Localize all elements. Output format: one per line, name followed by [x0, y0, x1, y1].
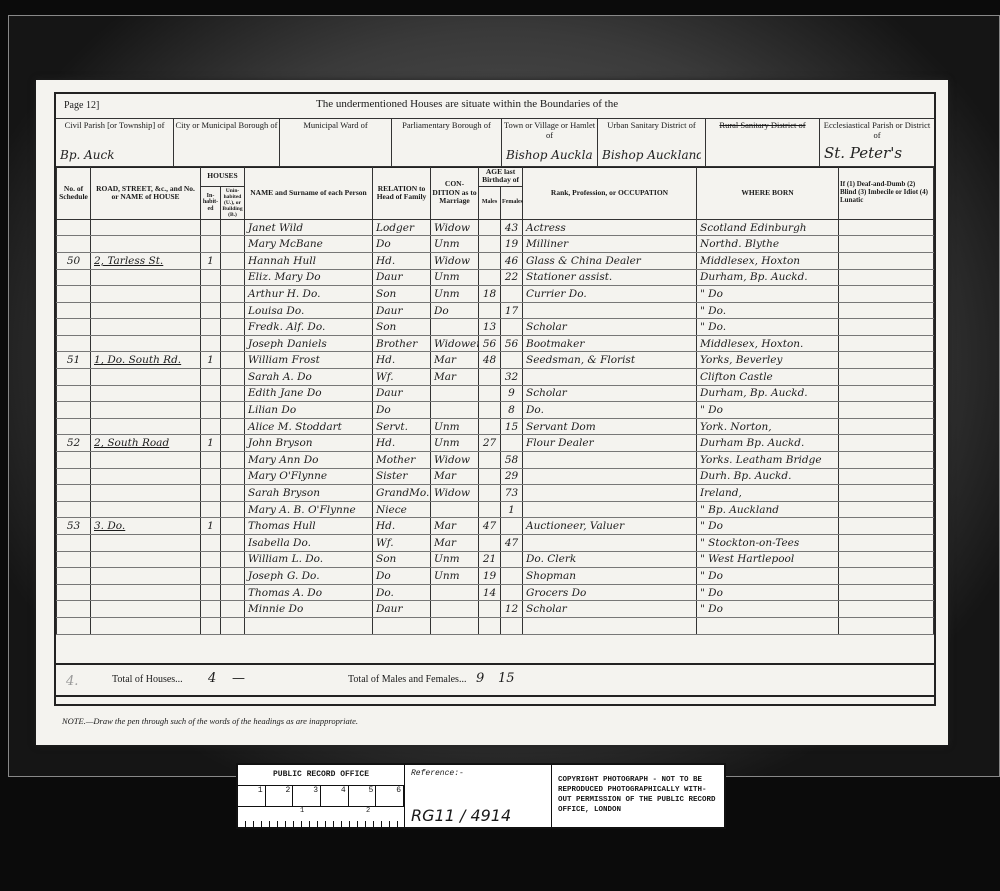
table-row: 522, South Road1John BrysonHd.Unm27Flour… — [57, 435, 934, 452]
cell-condition: Unm — [431, 435, 479, 452]
cell-inhabited — [201, 485, 221, 502]
cell-born: " Stockton-on-Tees — [697, 535, 839, 552]
cell-femaleage: 58 — [501, 452, 523, 469]
cell-maleage — [479, 418, 501, 435]
cell-born: " West Hartlepool — [697, 551, 839, 568]
district-rural-sanitary: Rural Sanitary District of — [706, 118, 820, 166]
total-houses-label: Total of Houses... — [112, 674, 183, 685]
cell-born: Middlesex, Hoxton. — [697, 335, 839, 352]
cell-inhabited — [201, 385, 221, 402]
col-uninhabited: Unin-habited (U.), or Building (B.) — [221, 186, 245, 219]
cell-occupation — [523, 485, 697, 502]
cell-relation: Hd. — [373, 435, 431, 452]
cell-femaleage: 46 — [501, 252, 523, 269]
cell-maleage — [479, 617, 501, 634]
cell-femaleage — [501, 435, 523, 452]
cell-relation: Do. — [373, 584, 431, 601]
cell-femaleage — [501, 584, 523, 601]
cell-address — [91, 269, 201, 286]
cell-femaleage: 56 — [501, 335, 523, 352]
cell-relation: Daur — [373, 385, 431, 402]
cell-u — [221, 452, 245, 469]
footnote: NOTE.—Draw the pen through such of the w… — [62, 716, 358, 726]
district-city: City or Municipal Borough of — [174, 118, 280, 166]
cell-i — [839, 402, 934, 419]
cell-i — [839, 551, 934, 568]
cell-relation: Do — [373, 402, 431, 419]
cell-relation: Wf. — [373, 535, 431, 552]
cell-i — [839, 252, 934, 269]
cell-occupation: Scholar — [523, 385, 697, 402]
cell-name: Arthur H. Do. — [245, 286, 373, 303]
cell-u — [221, 468, 245, 485]
cell-u — [221, 617, 245, 634]
cell-condition: Unm — [431, 568, 479, 585]
cell-relation: Daur — [373, 601, 431, 618]
table-row: Joseph G. Do.DoUnm19Shopman" Do — [57, 568, 934, 585]
cell-name: Louisa Do. — [245, 302, 373, 319]
cell-condition: Unm — [431, 269, 479, 286]
cell-inhabited — [201, 236, 221, 253]
col-infirmity: If (1) Deaf-and-Dumb (2) Blind (3) Imbec… — [839, 167, 934, 220]
table-row: Joseph DanielsBrotherWidower5656Bootmake… — [57, 335, 934, 352]
cell-i — [839, 302, 934, 319]
cell-condition: Unm — [431, 551, 479, 568]
cell-relation: Daur — [373, 302, 431, 319]
cell-femaleage — [501, 319, 523, 336]
cell-address — [91, 402, 201, 419]
cell-schedule — [57, 601, 91, 618]
cell-born: " Bp. Auckland — [697, 501, 839, 518]
table-row: Mary O'FlynneSisterMar29Durh. Bp. Auckd. — [57, 468, 934, 485]
cell-condition: Widow — [431, 219, 479, 236]
table-row: 533. Do.1Thomas HullHd.Mar47Auctioneer, … — [57, 518, 934, 535]
cell-maleage — [479, 269, 501, 286]
cell-address — [91, 501, 201, 518]
cell-born: Northd. Blythe — [697, 236, 839, 253]
cell-maleage: 48 — [479, 352, 501, 369]
cell-u — [221, 402, 245, 419]
table-row: Fredk. Alf. Do.Son13Scholar" Do. — [57, 319, 934, 336]
record-office-title: PUBLIC RECORD OFFICE — [238, 765, 404, 786]
cell-femaleage: 19 — [501, 236, 523, 253]
cell-occupation — [523, 468, 697, 485]
cell-name: Thomas Hull — [245, 518, 373, 535]
cell-femaleage: 17 — [501, 302, 523, 319]
cell-inhabited — [201, 601, 221, 618]
cell-i — [839, 236, 934, 253]
cell-schedule — [57, 236, 91, 253]
cell-i — [839, 269, 934, 286]
cell-condition — [431, 601, 479, 618]
cell-name: Mary O'Flynne — [245, 468, 373, 485]
cell-name: Alice M. Stoddart — [245, 418, 373, 435]
cell-born: " Do — [697, 584, 839, 601]
cell-inhabited: 1 — [201, 518, 221, 535]
cell-maleage — [479, 219, 501, 236]
col-born: WHERE BORN — [697, 167, 839, 220]
cell-u — [221, 352, 245, 369]
table-row: William L. Do.SonUnm21Do. Clerk" West Ha… — [57, 551, 934, 568]
cell-femaleage: 29 — [501, 468, 523, 485]
cell-born: " Do — [697, 568, 839, 585]
cell-inhabited — [201, 551, 221, 568]
cell-u — [221, 385, 245, 402]
cell-occupation — [523, 535, 697, 552]
cell-born: " Do — [697, 601, 839, 618]
cell-i — [839, 501, 934, 518]
cell-inhabited — [201, 468, 221, 485]
cell-u — [221, 319, 245, 336]
cell-born: Middlesex, Hoxton — [697, 252, 839, 269]
cell-u — [221, 535, 245, 552]
total-males: 9 — [476, 671, 484, 686]
cell-condition — [431, 617, 479, 634]
reference-label: Reference:- — [411, 769, 464, 778]
cell-address: 3. Do. — [91, 518, 201, 535]
cell-schedule — [57, 584, 91, 601]
col-age: AGE last Birthday of — [479, 167, 523, 187]
cell-schedule — [57, 452, 91, 469]
cell-maleage — [479, 452, 501, 469]
page-number: Page 12] — [64, 100, 99, 111]
cell-maleage — [479, 369, 501, 386]
cell-femaleage: 47 — [501, 535, 523, 552]
cell-inhabited — [201, 402, 221, 419]
cell-i — [839, 584, 934, 601]
cell-relation: GrandMo. — [373, 485, 431, 502]
table-row: Louisa Do.DaurDo17" Do. — [57, 302, 934, 319]
cell-condition: Mar — [431, 535, 479, 552]
cell-name: Isabella Do. — [245, 535, 373, 552]
cell-inhabited — [201, 286, 221, 303]
copyright-notice: COPYRIGHT PHOTOGRAPH - NOT TO BE REPRODU… — [552, 765, 724, 827]
table-row: Isabella Do.Wf.Mar47" Stockton-on-Tees — [57, 535, 934, 552]
cell-address — [91, 535, 201, 552]
cell-maleage: 18 — [479, 286, 501, 303]
scale-bar: 123 456 — [238, 786, 404, 807]
cell-femaleage — [501, 518, 523, 535]
cell-i — [839, 452, 934, 469]
cell-inhabited — [201, 584, 221, 601]
census-table: No. of Schedule ROAD, STREET, &c., and N… — [56, 166, 934, 635]
cell-condition — [431, 385, 479, 402]
cell-born: Durh. Bp. Auckd. — [697, 468, 839, 485]
cell-relation: Do — [373, 236, 431, 253]
cell-schedule — [57, 485, 91, 502]
cell-name: Eliz. Mary Do — [245, 269, 373, 286]
cell-schedule — [57, 617, 91, 634]
cell-u — [221, 418, 245, 435]
cell-u — [221, 286, 245, 303]
cell-schedule — [57, 535, 91, 552]
cell-i — [839, 319, 934, 336]
cell-relation: Son — [373, 551, 431, 568]
cell-maleage: 14 — [479, 584, 501, 601]
cell-born: Yorks, Beverley — [697, 352, 839, 369]
cell-address — [91, 485, 201, 502]
cell-address: 2, South Road — [91, 435, 201, 452]
cell-schedule — [57, 335, 91, 352]
district-ward: Municipal Ward of — [280, 118, 392, 166]
table-row: Janet WildLodgerWidow43ActressScotland E… — [57, 219, 934, 236]
cell-address: 2, Tarless St. — [91, 252, 201, 269]
table-row: Mary Ann DoMotherWidow58Yorks. Leatham B… — [57, 452, 934, 469]
cell-condition: Mar — [431, 518, 479, 535]
cell-condition: Do — [431, 302, 479, 319]
cell-condition — [431, 402, 479, 419]
cell-inhabited — [201, 269, 221, 286]
col-name: NAME and Surname of each Person — [245, 167, 373, 220]
cell-u — [221, 435, 245, 452]
cell-address — [91, 385, 201, 402]
cell-u — [221, 551, 245, 568]
cell-maleage: 56 — [479, 335, 501, 352]
table-row: 511, Do. South Rd.1William FrostHd.Mar48… — [57, 352, 934, 369]
cell-relation: Servt. — [373, 418, 431, 435]
district-civil-parish: Civil Parish [or Township] ofBp. Auck — [56, 118, 174, 166]
table-row: Arthur H. Do.SonUnm18Currier Do." Do — [57, 286, 934, 303]
cell-maleage — [479, 402, 501, 419]
cell-condition: Unm — [431, 286, 479, 303]
cell-occupation: Shopman — [523, 568, 697, 585]
record-office-label: PUBLIC RECORD OFFICE 123 456 1 2 Referen… — [236, 763, 726, 829]
cell-name: John Bryson — [245, 435, 373, 452]
cell-maleage: 21 — [479, 551, 501, 568]
cell-femaleage: 32 — [501, 369, 523, 386]
cell-name: Janet Wild — [245, 219, 373, 236]
cell-relation: Son — [373, 319, 431, 336]
cell-schedule — [57, 402, 91, 419]
cell-relation: Son — [373, 286, 431, 303]
cell-condition: Widow — [431, 252, 479, 269]
total-houses-uninhabited: — — [232, 671, 245, 686]
total-persons-label: Total of Males and Females... — [348, 674, 466, 685]
cell-born: Durham, Bp. Auckd. — [697, 385, 839, 402]
cell-maleage: 13 — [479, 319, 501, 336]
boundary-title: The undermentioned Houses are situate wi… — [316, 98, 618, 110]
cell-born: Durham Bp. Auckd. — [697, 435, 839, 452]
cell-schedule — [57, 269, 91, 286]
cell-address — [91, 601, 201, 618]
cell-maleage — [479, 485, 501, 502]
table-row: Lilian DoDo8Do." Do — [57, 402, 934, 419]
cell-i — [839, 435, 934, 452]
cell-name: Mary McBane — [245, 236, 373, 253]
cell-i — [839, 352, 934, 369]
ruler: 1 2 — [238, 807, 404, 827]
col-condition: CON-DITION as to Marriage — [431, 167, 479, 220]
cell-occupation: Actress — [523, 219, 697, 236]
cell-relation: Daur — [373, 269, 431, 286]
cell-relation — [373, 617, 431, 634]
cell-schedule: 52 — [57, 435, 91, 452]
cell-born: " Do. — [697, 319, 839, 336]
cell-inhabited — [201, 369, 221, 386]
reference-number: RG11 / 4914 — [411, 806, 511, 825]
cell-inhabited — [201, 302, 221, 319]
cell-u — [221, 236, 245, 253]
cell-schedule — [57, 319, 91, 336]
cell-relation: Lodger — [373, 219, 431, 236]
cell-i — [839, 568, 934, 585]
total-houses-inhabited: 4 — [208, 671, 216, 686]
cell-born: Clifton Castle — [697, 369, 839, 386]
cell-address — [91, 551, 201, 568]
cell-name: Fredk. Alf. Do. — [245, 319, 373, 336]
cell-address — [91, 335, 201, 352]
district-urban-sanitary: Urban Sanitary District ofBishop Aucklan… — [598, 118, 706, 166]
district-parliamentary: Parliamentary Borough of — [392, 118, 502, 166]
cell-occupation: Glass & China Dealer — [523, 252, 697, 269]
cell-condition — [431, 584, 479, 601]
cell-occupation: Scholar — [523, 319, 697, 336]
cell-femaleage: 12 — [501, 601, 523, 618]
cell-u — [221, 485, 245, 502]
cell-born — [697, 617, 839, 634]
cell-femaleage: 22 — [501, 269, 523, 286]
table-row: Edith Jane DoDaur9ScholarDurham, Bp. Auc… — [57, 385, 934, 402]
cell-name: Mary Ann Do — [245, 452, 373, 469]
table-row: 502, Tarless St.1Hannah HullHd.Widow46Gl… — [57, 252, 934, 269]
cell-i — [839, 369, 934, 386]
cell-inhabited — [201, 319, 221, 336]
cell-name: Lilian Do — [245, 402, 373, 419]
cell-address — [91, 319, 201, 336]
cell-condition — [431, 501, 479, 518]
cell-born: " Do. — [697, 302, 839, 319]
cell-name: Sarah Bryson — [245, 485, 373, 502]
table-row: Sarah BrysonGrandMo.Widow73Ireland, — [57, 485, 934, 502]
cell-occupation: Servant Dom — [523, 418, 697, 435]
cell-inhabited — [201, 568, 221, 585]
cell-maleage: 19 — [479, 568, 501, 585]
cell-occupation: Auctioneer, Valuer — [523, 518, 697, 535]
cell-femaleage — [501, 617, 523, 634]
cell-occupation — [523, 369, 697, 386]
cell-name: Thomas A. Do — [245, 584, 373, 601]
table-row: Sarah A. DoWf.Mar32Clifton Castle — [57, 369, 934, 386]
cell-born: Scotland Edinburgh — [697, 219, 839, 236]
cell-u — [221, 335, 245, 352]
cell-inhabited: 1 — [201, 352, 221, 369]
cell-inhabited — [201, 335, 221, 352]
cell-femaleage — [501, 568, 523, 585]
cell-born: " Do — [697, 286, 839, 303]
cell-condition: Mar — [431, 468, 479, 485]
cell-address — [91, 418, 201, 435]
cell-femaleage — [501, 551, 523, 568]
cell-inhabited — [201, 501, 221, 518]
cell-born: Yorks. Leatham Bridge — [697, 452, 839, 469]
cell-u — [221, 518, 245, 535]
cell-occupation — [523, 617, 697, 634]
cell-born: " Do — [697, 402, 839, 419]
cell-condition: Unm — [431, 418, 479, 435]
cell-femaleage: 8 — [501, 402, 523, 419]
cell-schedule — [57, 369, 91, 386]
cell-occupation: Seedsman, & Florist — [523, 352, 697, 369]
district-town: Town or Village or Hamlet ofBishop Auckl… — [502, 118, 598, 166]
cell-name: William Frost — [245, 352, 373, 369]
cell-i — [839, 485, 934, 502]
cell-occupation: Bootmaker — [523, 335, 697, 352]
cell-condition: Widow — [431, 485, 479, 502]
table-row: Minnie DoDaur12Scholar" Do — [57, 601, 934, 618]
cell-condition: Widow — [431, 452, 479, 469]
table-row: Thomas A. DoDo.14Grocers Do" Do — [57, 584, 934, 601]
cell-occupation: Grocers Do — [523, 584, 697, 601]
cell-u — [221, 501, 245, 518]
cell-i — [839, 535, 934, 552]
cell-name: Edith Jane Do — [245, 385, 373, 402]
table-row: Mary A. B. O'FlynneNiece1" Bp. Auckland — [57, 501, 934, 518]
census-sheet: Page 12] The undermentioned Houses are s… — [36, 80, 948, 745]
col-occupation: Rank, Profession, or OCCUPATION — [523, 167, 697, 220]
cell-femaleage: 43 — [501, 219, 523, 236]
cell-femaleage: 1 — [501, 501, 523, 518]
cell-address — [91, 286, 201, 303]
col-houses: HOUSES — [201, 167, 245, 187]
cell-i — [839, 286, 934, 303]
cell-inhabited — [201, 617, 221, 634]
cell-i — [839, 468, 934, 485]
cell-occupation: Scholar — [523, 601, 697, 618]
cell-maleage — [479, 468, 501, 485]
cell-condition: Unm — [431, 236, 479, 253]
cell-name: William L. Do. — [245, 551, 373, 568]
totals-row: 4. Total of Houses... 4 — Total of Males… — [56, 663, 934, 697]
cell-address — [91, 568, 201, 585]
cell-femaleage: 9 — [501, 385, 523, 402]
cell-relation: Wf. — [373, 369, 431, 386]
cell-name: Hannah Hull — [245, 252, 373, 269]
cell-address — [91, 584, 201, 601]
cell-schedule: 53 — [57, 518, 91, 535]
cell-maleage — [479, 601, 501, 618]
cell-u — [221, 601, 245, 618]
census-frame: Page 12] The undermentioned Houses are s… — [54, 92, 936, 706]
cell-inhabited: 1 — [201, 435, 221, 452]
table-row: Alice M. StoddartServt.Unm15Servant DomY… — [57, 418, 934, 435]
cell-u — [221, 568, 245, 585]
cell-u — [221, 302, 245, 319]
cell-name: Sarah A. Do — [245, 369, 373, 386]
cell-born: York. Norton, — [697, 418, 839, 435]
cell-condition: Widower — [431, 335, 479, 352]
cell-maleage — [479, 252, 501, 269]
cell-femaleage — [501, 352, 523, 369]
cell-schedule — [57, 568, 91, 585]
cell-name: Joseph G. Do. — [245, 568, 373, 585]
district-row: Civil Parish [or Township] ofBp. Auck Ci… — [56, 118, 934, 168]
cell-inhabited — [201, 452, 221, 469]
cell-relation: Hd. — [373, 518, 431, 535]
col-males: Males — [479, 186, 501, 219]
cell-u — [221, 252, 245, 269]
cell-inhabited — [201, 219, 221, 236]
cell-i — [839, 385, 934, 402]
cell-schedule — [57, 385, 91, 402]
cell-u — [221, 584, 245, 601]
cell-u — [221, 269, 245, 286]
col-schedule: No. of Schedule — [57, 167, 91, 220]
cell-address — [91, 468, 201, 485]
cell-occupation — [523, 302, 697, 319]
cell-inhabited: 1 — [201, 252, 221, 269]
cell-address — [91, 219, 201, 236]
cell-maleage: 47 — [479, 518, 501, 535]
